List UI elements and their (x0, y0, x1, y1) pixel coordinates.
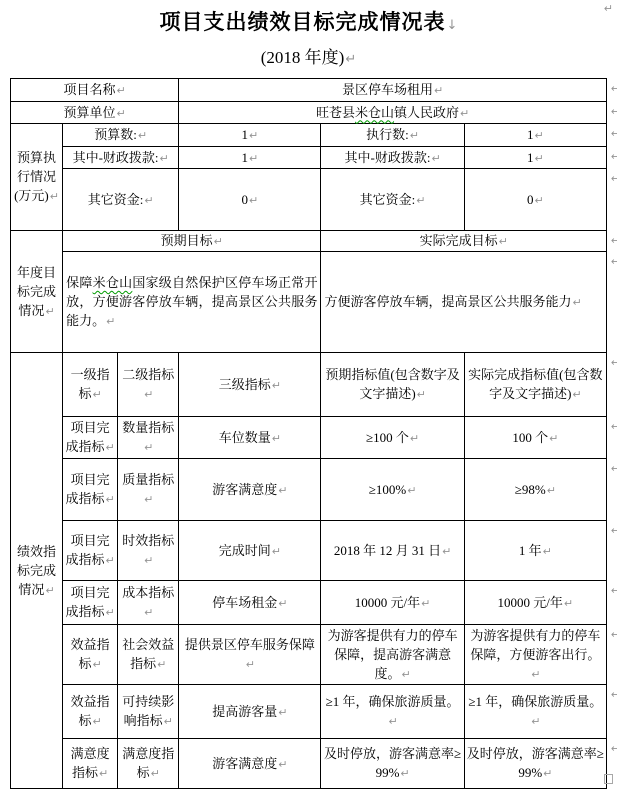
paragraph-mark-icon: ↵ (400, 767, 409, 780)
indicator-expected-value: ≥100 个 (366, 430, 409, 445)
paragraph-mark-icon: ↵ (249, 152, 258, 165)
budget-row-label-cell: 执行数:↵ (321, 124, 464, 147)
budget-unit-value-spellcheck: 米仓山 (355, 105, 394, 120)
paragraph-mark-icon: ↵ (410, 129, 419, 142)
indicator-level2: 数量指标 (122, 420, 174, 435)
cell-end-mark-icon: ↵ (106, 606, 115, 619)
page-title: 项目支出绩效目标完成情况表↓ (0, 8, 617, 40)
paragraph-mark-icon: ↵ (417, 388, 426, 401)
cell-end-mark-icon: ↵ (99, 767, 108, 780)
indicator-level3-cell: 游客满意度↵ (179, 739, 321, 789)
cell-end-mark-icon: ↵ (144, 554, 153, 567)
indicator-expected-value: 为游客提供有力的停车保障，提高游客满意度。 (328, 628, 458, 681)
indicator-header-level2-cell: 二级指标↵ (118, 353, 179, 417)
indicator-expected-value: ≥100% (369, 482, 406, 497)
indicator-header-level3-cell: 三级指标↵ (179, 353, 321, 417)
paragraph-mark-icon: ↵ (416, 194, 425, 207)
page-title-text: 项目支出绩效目标完成情况表 (160, 10, 446, 34)
indicator-expected-cell: ≥100 个↵ (321, 417, 464, 459)
indicator-row: 项目完成指标↵ 成本指标↵ 停车场租金↵ 10000 元/年↵ 10000 元/… (11, 581, 607, 625)
paragraph-mark-icon: ↵ (442, 545, 451, 558)
budget-value: 1 (242, 150, 249, 165)
budget-value: 1 (527, 127, 534, 142)
expected-goal-header-cell: 预期目标↵ (63, 231, 321, 252)
paragraph-mark-icon: ↵ (534, 129, 543, 142)
indicator-actual-cell: ≥1 年，确保旅游质量。↵↵ (464, 685, 606, 739)
paragraph-mark-icon: ↵ (543, 545, 552, 558)
indicator-expected-cell: 为游客提供有力的停车保障，提高游客满意度。↵ (321, 625, 464, 685)
indicator-level3: 游客满意度 (212, 756, 277, 771)
table-row: 其它资金:↵ 0↵ 其它资金:↵ 0↵↵ (11, 169, 607, 231)
indicator-expected-value: 10000 元/年 (355, 595, 420, 610)
indicator-expected-cell: 10000 元/年↵ (321, 581, 464, 625)
title-block: 项目支出绩效目标完成情况表↓ (2018 年度)↵ (0, 0, 617, 72)
indicator-row: 效益指标↵ 社会效益指标↵ 提供景区停车服务保障↵ 为游客提供有力的停车保障，提… (11, 625, 607, 685)
paragraph-mark-icon: ↵ (543, 767, 552, 780)
indicator-level3-cell: 停车场租金↵ (179, 581, 321, 625)
indicator-level2: 质量指标 (122, 472, 174, 487)
indicator-level2: 时效指标 (122, 533, 174, 548)
indicator-row: 效益指标↵ 可持续影响指标↵ 提高游客量↵ ≥1 年，确保旅游质量。↵ ≥1 年… (11, 685, 607, 739)
row-end-mark-icon: ↵ (611, 147, 617, 166)
indicator-expected-value: 及时停放，游客满意率≥99% (324, 746, 461, 780)
paragraph-mark-icon: ↵ (106, 315, 115, 328)
indicator-level2: 满意度指标 (122, 746, 174, 780)
paragraph-mark-icon: ↵ (138, 129, 147, 142)
paragraph-mark-icon: ↵ (388, 715, 397, 728)
budget-label: 其中-财政拨款: (345, 150, 431, 165)
paragraph-mark-icon: ↵ (531, 715, 540, 728)
paragraph-mark-icon: ↵ (144, 194, 153, 207)
indicator-actual-value: ≥98% (515, 482, 546, 497)
goals-section-header-cell: 年度目标完成情况↵ (11, 231, 63, 353)
expected-goal-spellcheck: 米仓山 (93, 275, 133, 290)
indicator-header: 三级指标 (219, 377, 271, 392)
paragraph-mark-icon: ↵ (534, 194, 543, 207)
performance-table: 项目名称↵ 景区停车场租用↵↵ 预算单位↵ 旺苍县米仓山镇人民政府↵↵ 预算执行… (10, 78, 607, 789)
paragraph-mark-icon: ↵ (573, 296, 582, 309)
project-name-label-cell: 项目名称↵ (11, 79, 179, 102)
indicator-level3: 完成时间 (219, 543, 271, 558)
indicator-level1-cell: 项目完成指标↵ (63, 417, 118, 459)
budget-label: 预算数: (94, 127, 137, 142)
paragraph-mark-icon: ↵ (249, 194, 258, 207)
indicator-level3: 提高游客量 (212, 704, 277, 719)
indicator-actual-value: 10000 元/年 (498, 595, 563, 610)
paragraph-mark-icon: ↵ (272, 379, 281, 392)
row-end-mark-icon: ↵ (611, 79, 617, 98)
cell-end-mark-icon: ↵ (50, 190, 59, 203)
page-subtitle-text: (2018 年度) (261, 48, 345, 67)
budget-value: 0 (242, 192, 249, 207)
indicator-level2-cell: 时效指标↵ (118, 521, 179, 581)
indicator-level3-cell: 提高游客量↵ (179, 685, 321, 739)
row-end-mark-icon: ↵ (611, 169, 617, 188)
paragraph-mark-icon: ↵ (401, 668, 410, 681)
actual-goal-text: 方便游客停放车辆，提高景区公共服务能力 (324, 294, 571, 309)
indicator-row: 项目完成指标↵ 数量指标↵ 车位数量↵ ≥100 个↵ 100 个↵↵ (11, 417, 607, 459)
indicator-expected-value: 2018 年 12 月 31 日 (334, 543, 441, 558)
indicator-actual-value: 100 个 (512, 430, 548, 445)
indicator-level1: 效益指标 (71, 637, 110, 671)
indicator-level3: 提供景区停车服务保障 (185, 637, 315, 652)
budget-row-value-cell: 1↵ (179, 147, 321, 169)
budget-unit-value-post: 镇人民政府 (394, 105, 459, 120)
indicator-expected-cell: 及时停放，游客满意率≥99%↵ (321, 739, 464, 789)
paragraph-mark-icon: ↵ (421, 597, 430, 610)
paragraph-mark-icon: ↵ (547, 484, 556, 497)
paragraph-mark-icon: ↵ (214, 235, 223, 248)
cell-end-mark-icon: ↵ (246, 658, 255, 671)
budget-row-value-cell: 0↵↵ (464, 169, 606, 231)
row-end-mark-icon: ↵ (611, 252, 617, 271)
cell-end-mark-icon: ↵ (164, 715, 173, 728)
cell-end-mark-icon: ↵ (144, 388, 153, 401)
budget-row-label-cell: 其中-财政拨款:↵ (321, 147, 464, 169)
cell-end-mark-icon: ↵ (106, 554, 115, 567)
indicator-expected-cell: ≥100%↵ (321, 459, 464, 521)
paragraph-mark-icon: ↵ (249, 129, 258, 142)
paragraph-mark-icon: ↵ (278, 597, 287, 610)
cell-end-mark-icon: ↵ (157, 658, 166, 671)
budget-value: 1 (242, 127, 249, 142)
indicator-row: 项目完成指标↵ 质量指标↵ 游客满意度↵ ≥100%↵ ≥98%↵↵ (11, 459, 607, 521)
table-row: 保障米仓山国家级自然保护区停车场正常开放，方便游客停放车辆，提高景区公共服务能力… (11, 252, 607, 353)
indicator-level1: 效益指标 (71, 694, 110, 728)
budget-unit-value-cell: 旺苍县米仓山镇人民政府↵↵ (179, 102, 607, 124)
paragraph-mark-icon: ↵ (431, 152, 440, 165)
actual-goal-text-cell: 方便游客停放车辆，提高景区公共服务能力↵↵ (321, 252, 607, 353)
indicator-actual-value: 为游客提供有力的停车保障，方便游客出行。 (470, 628, 600, 662)
indicator-actual-cell: 及时停放，游客满意率≥99%↵↵ (464, 739, 606, 789)
budget-row-value-cell: 0↵ (179, 169, 321, 231)
paragraph-mark-icon: ↵ (272, 545, 281, 558)
cell-end-mark-icon: ↵ (93, 388, 102, 401)
budget-unit-value-pre: 旺苍县 (316, 105, 355, 120)
budget-label: 其它资金: (88, 192, 144, 207)
budget-unit-label-cell: 预算单位↵ (11, 102, 179, 124)
indicator-expected-value: ≥1 年，确保旅游质量。 (326, 694, 460, 709)
budget-section-header-cell: 预算执行情况(万元)↵ (11, 124, 63, 231)
indicator-level1-cell: 项目完成指标↵ (63, 521, 118, 581)
budget-row-value-cell: 1↵ (179, 124, 321, 147)
indicator-expected-cell: 2018 年 12 月 31 日↵ (321, 521, 464, 581)
project-name-label: 项目名称 (64, 82, 116, 97)
indicator-row: 项目完成指标↵ 时效指标↵ 完成时间↵ 2018 年 12 月 31 日↵ 1 … (11, 521, 607, 581)
indicator-level1: 项目完成指标 (66, 420, 110, 454)
paragraph-mark-icon: ↵ (272, 432, 281, 445)
row-end-mark-icon: ↵ (611, 739, 617, 758)
row-end-mark-icon: ↵ (611, 521, 617, 540)
indicator-actual-value: 及时停放，游客满意率≥99% (467, 746, 604, 780)
cell-end-mark-icon: ↵ (106, 493, 115, 506)
expected-goal-header: 预期目标 (161, 233, 213, 248)
row-end-mark-icon: ↵ (611, 102, 617, 121)
indicator-level2: 成本指标 (122, 585, 174, 600)
budget-row-value-cell: 1↵↵ (464, 147, 606, 169)
budget-row-value-cell: 1↵↵ (464, 124, 606, 147)
row-end-mark-icon: ↵ (611, 625, 617, 644)
indicators-section-header-cell: 绩效指标完成情况↵ (11, 353, 63, 789)
indicator-header: 实际完成指标值(包含数字及文字描述) (468, 367, 602, 401)
indicator-level1-cell: 满意度指标↵ (63, 739, 118, 789)
budget-row-label-cell: 预算数:↵ (63, 124, 179, 147)
paragraph-mark-icon: ↵ (499, 235, 508, 248)
indicator-level1: 项目完成指标 (66, 585, 110, 619)
table-row: 预算单位↵ 旺苍县米仓山镇人民政府↵↵ (11, 102, 607, 124)
indicator-actual-cell: 10000 元/年↵↵ (464, 581, 606, 625)
cell-end-mark-icon: ↵ (144, 606, 153, 619)
linebreak-mark-icon: ↓ (447, 18, 458, 33)
indicator-level2-cell: 数量指标↵ (118, 417, 179, 459)
indicator-header-level1-cell: 一级指标↵ (63, 353, 118, 417)
cell-end-mark-icon: ↵ (106, 441, 115, 454)
paragraph-mark-icon: ↵ (407, 484, 416, 497)
indicator-actual-value: 1 年 (519, 543, 542, 558)
indicator-expected-cell: ≥1 年，确保旅游质量。↵ (321, 685, 464, 739)
budget-label: 其它资金: (360, 192, 416, 207)
cell-end-mark-icon: ↵ (93, 715, 102, 728)
row-end-mark-icon: ↵ (611, 459, 617, 478)
indicator-level3: 停车场租金 (212, 595, 277, 610)
indicator-level1: 项目完成指标 (66, 472, 110, 506)
budget-row-label-cell: 其它资金:↵ (321, 169, 464, 231)
row-end-mark-icon: ↵ (611, 353, 617, 372)
paragraph-mark-icon: ↵ (410, 432, 419, 445)
indicator-level1-cell: 效益指标↵ (63, 685, 118, 739)
cell-end-mark-icon: ↵ (151, 767, 160, 780)
indicator-level3-cell: 车位数量↵ (179, 417, 321, 459)
indicator-level2-cell: 质量指标↵ (118, 459, 179, 521)
paragraph-mark-icon: ↵ (117, 84, 126, 97)
row-end-mark-icon: ↵ (611, 417, 617, 436)
indicator-level3: 游客满意度 (212, 482, 277, 497)
indicator-header-expected-cell: 预期指标值(包含数字及文字描述)↵ (321, 353, 464, 417)
indicator-level2-cell: 成本指标↵ (118, 581, 179, 625)
expected-goal-text-pre: 保障 (66, 275, 93, 290)
indicator-header-actual-cell: 实际完成指标值(包含数字及文字描述)↵↵ (464, 353, 606, 417)
indicator-level2-cell: 可持续影响指标↵ (118, 685, 179, 739)
paragraph-mark-icon: ↵ (117, 107, 126, 120)
table-row: 绩效指标完成情况↵ 一级指标↵ 二级指标↵ 三级指标↵ 预期指标值(包含数字及文… (11, 353, 607, 417)
budget-value: 1 (527, 150, 534, 165)
table-row: 预算执行情况(万元)↵ 预算数:↵ 1↵ 执行数:↵ 1↵↵ (11, 124, 607, 147)
indicator-level2: 社会效益指标 (122, 637, 174, 671)
row-end-mark-icon: ↵ (611, 124, 617, 143)
indicator-level1-cell: 效益指标↵ (63, 625, 118, 685)
cell-end-mark-icon: ↵ (144, 441, 153, 454)
paragraph-mark-icon: ↵ (549, 432, 558, 445)
row-end-mark-icon: ↵ (611, 581, 617, 600)
indicator-level3: 车位数量 (219, 430, 271, 445)
project-name-value-cell: 景区停车场租用↵↵ (179, 79, 607, 102)
paragraph-mark-icon: ↵ (564, 597, 573, 610)
indicator-actual-cell: 1 年↵↵ (464, 521, 606, 581)
cell-end-mark-icon: ↵ (144, 493, 153, 506)
indicator-level1: 项目完成指标 (66, 533, 110, 567)
page-end-paragraph-mark: ↵ (604, 2, 613, 15)
indicator-level1-cell: 项目完成指标↵ (63, 581, 118, 625)
table-row: 项目名称↵ 景区停车场租用↵↵ (11, 79, 607, 102)
paragraph-mark-icon: ↵ (278, 758, 287, 771)
table-row: 其中-财政拨款:↵ 1↵ 其中-财政拨款:↵ 1↵↵ (11, 147, 607, 169)
budget-label: 其中-财政拨款: (73, 150, 159, 165)
page-subtitle: (2018 年度)↵ (0, 46, 617, 72)
paragraph-mark-icon: ↵ (434, 84, 443, 97)
paragraph-mark-icon: ↵ (572, 388, 581, 401)
paragraph-mark-icon: ↵ (345, 52, 356, 67)
indicator-level1-cell: 项目完成指标↵ (63, 459, 118, 521)
indicator-level2-cell: 满意度指标↵ (118, 739, 179, 789)
indicator-row: 满意度指标↵ 满意度指标↵ 游客满意度↵ 及时停放，游客满意率≥99%↵ 及时停… (11, 739, 607, 789)
indicator-actual-cell: 100 个↵↵ (464, 417, 606, 459)
row-end-mark-icon: ↵ (611, 231, 617, 250)
budget-row-label-cell: 其它资金:↵ (63, 169, 179, 231)
indicator-actual-cell: ≥98%↵↵ (464, 459, 606, 521)
table-row: 年度目标完成情况↵ 预期目标↵ 实际完成目标↵↵ (11, 231, 607, 252)
paragraph-mark-icon: ↵ (534, 152, 543, 165)
indicator-header: 一级指标 (71, 367, 110, 401)
indicator-header: 二级指标 (122, 367, 174, 382)
paragraph-mark-icon: ↵ (278, 484, 287, 497)
budget-value: 0 (527, 192, 534, 207)
paragraph-mark-icon: ↵ (278, 706, 287, 719)
paragraph-mark-icon: ↵ (160, 152, 169, 165)
end-of-document-mark (604, 774, 613, 784)
indicator-actual-cell: 为游客提供有力的停车保障，方便游客出行。↵↵ (464, 625, 606, 685)
budget-label: 执行数: (366, 127, 409, 142)
paragraph-mark-icon: ↵ (460, 107, 469, 120)
paragraph-mark-icon: ↵ (531, 668, 540, 681)
indicator-header: 预期指标值(包含数字及文字描述) (325, 367, 459, 401)
project-name-value: 景区停车场租用 (342, 82, 433, 97)
actual-goal-header: 实际完成目标 (420, 233, 498, 248)
indicator-level2-cell: 社会效益指标↵ (118, 625, 179, 685)
expected-goal-text-cell: 保障米仓山国家级自然保护区停车场正常开放，方便游客停放车辆，提高景区公共服务能力… (63, 252, 321, 353)
indicator-level3-cell: 游客满意度↵ (179, 459, 321, 521)
row-end-mark-icon: ↵ (611, 685, 617, 704)
budget-row-label-cell: 其中-财政拨款:↵ (63, 147, 179, 169)
cell-end-mark-icon: ↵ (93, 658, 102, 671)
budget-unit-label: 预算单位 (64, 105, 116, 120)
indicator-actual-value: ≥1 年，确保旅游质量。 (468, 694, 602, 709)
cell-end-mark-icon: ↵ (45, 305, 54, 318)
document-page: { "page": { "title": "项目支出绩效目标完成情况表", "s… (0, 0, 617, 794)
actual-goal-header-cell: 实际完成目标↵↵ (321, 231, 607, 252)
indicator-level3-cell: 提供景区停车服务保障↵ (179, 625, 321, 685)
indicator-level3-cell: 完成时间↵ (179, 521, 321, 581)
cell-end-mark-icon: ↵ (45, 584, 54, 597)
